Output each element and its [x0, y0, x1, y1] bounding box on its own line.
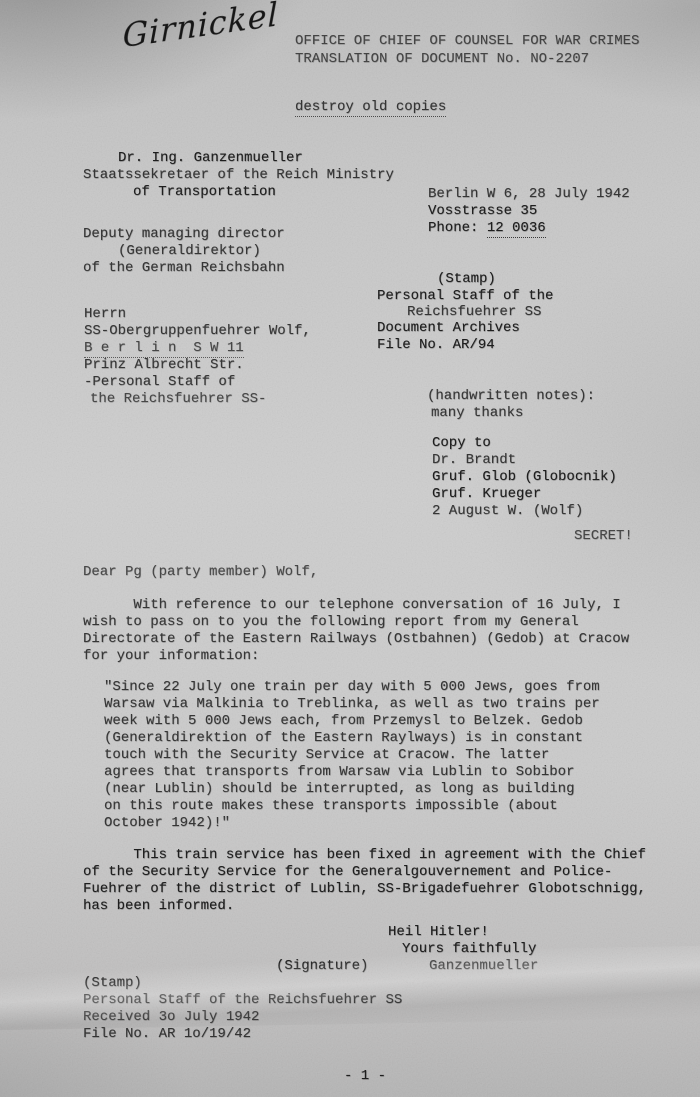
closing-salute: Heil Hitler!	[388, 924, 489, 941]
copy-to-item: Gruf. Glob (Globocnik)	[432, 469, 617, 486]
quote-line: on this route makes these transports imp…	[104, 798, 558, 815]
handwritten-notes-label: (handwritten notes):	[427, 388, 595, 405]
copy-to-item: 2 August W. (Wolf)	[432, 503, 583, 520]
phone-label: Phone:	[428, 220, 487, 236]
body-line: This train service has been fixed in agr…	[83, 847, 646, 864]
sender-name: Dr. Ing. Ganzenmueller	[118, 150, 303, 167]
sender-title-line2: of Transportation	[133, 184, 276, 201]
signature-name: Ganzenmueller	[429, 958, 538, 975]
stamp-top-label: (Stamp)	[437, 271, 496, 288]
body-line: With reference to our telephone conversa…	[83, 597, 621, 614]
recipient-city: B e r l i n S W 11	[84, 340, 244, 358]
scan-noise-overlay	[0, 0, 700, 1097]
recipient-line6: the Reichsfuehrer SS-	[90, 391, 266, 408]
dateline-street: Vosstrasse 35	[428, 203, 537, 220]
dateline-city-date: Berlin W 6, 28 July 1942	[428, 186, 630, 203]
closing-valediction: Yours faithfully	[402, 941, 536, 958]
recipient-line4: Prinz Albrecht Str.	[84, 357, 244, 374]
destroy-note-text: destroy old copies	[295, 99, 446, 117]
stamp-top-line4: File No. AR/94	[377, 337, 495, 354]
quote-line: "Since 22 July one train per day with 5 …	[104, 679, 600, 696]
handwritten-notes-text: many thanks	[431, 405, 523, 422]
quote-line: week with 5 000 Jews each, from Przemysl…	[104, 713, 583, 730]
quote-line: (near Lublin) should be interrupted, as …	[104, 781, 574, 798]
sender-title-line1: Staatssekretaer of the Reich Ministry	[83, 167, 394, 184]
body-line: for your information:	[83, 648, 259, 665]
recipient-line5: -Personal Staff of	[84, 374, 235, 391]
stamp-top-line1: Personal Staff of the	[377, 288, 553, 305]
stamp-bottom-line2: Received 3o July 1942	[83, 1009, 259, 1026]
recipient-line3: B e r l i n S W 11	[84, 340, 244, 357]
stamp-top-line3: Document Archives	[377, 320, 520, 337]
stamp-bottom-line3: File No. AR 1o/19/42	[83, 1026, 251, 1043]
body-line: wish to pass on to you the following rep…	[83, 614, 579, 631]
stamp-bottom-line1: Personal Staff of the Reichsfuehrer SS	[83, 992, 402, 1009]
quote-line: (Generaldirektion of the Eastern Raylway…	[104, 730, 583, 747]
quote-line: Warsaw via Malkinia to Treblinka, as wel…	[104, 696, 600, 713]
translation-number-line: TRANSLATION OF DOCUMENT No. NO-2207	[295, 51, 589, 68]
body-line: Directorate of the Eastern Railways (Ost…	[83, 631, 629, 648]
destroy-note: destroy old copies	[295, 99, 446, 116]
sender-role-line2: (Generaldirektor)	[118, 243, 261, 260]
handwritten-signature-top: Girnickel	[123, 0, 279, 55]
office-title-line: OFFICE OF CHIEF OF COUNSEL FOR WAR CRIME…	[295, 33, 639, 50]
copy-to-item: Gruf. Krueger	[432, 486, 541, 503]
sender-role-line1: Deputy managing director	[83, 226, 285, 243]
body-line: Fuehrer of the district of Lublin, SS-Br…	[83, 881, 646, 898]
copy-to-item: Dr. Brandt	[432, 452, 516, 469]
phone-number: 12 0036	[487, 220, 546, 238]
stamp-bottom-label: (Stamp)	[83, 975, 142, 992]
stamp-top-line2: Reichsfuehrer SS	[407, 304, 541, 321]
copy-to-title: Copy to	[432, 435, 491, 452]
classification-stamp: SECRET!	[574, 528, 633, 545]
dateline-phone: Phone: 12 0036	[428, 220, 546, 237]
recipient-line1: Herrn	[84, 306, 126, 323]
recipient-line2: SS-Obergruppenfuehrer Wolf,	[84, 323, 311, 340]
quote-line: October 1942)!"	[104, 815, 230, 832]
body-line: of the Security Service for the Generalg…	[83, 864, 612, 881]
quote-line: agrees that transports from Warsaw via L…	[104, 764, 574, 781]
scanned-document-page: Girnickel OFFICE OF CHIEF OF COUNSEL FOR…	[0, 0, 700, 1097]
quote-line: touch with the Security Service at Craco…	[104, 747, 549, 764]
body-line: has been informed.	[83, 898, 234, 915]
page-number: - 1 -	[344, 1068, 386, 1085]
salutation: Dear Pg (party member) Wolf,	[83, 564, 318, 581]
signature-label: (Signature)	[276, 958, 368, 975]
sender-role-line3: of the German Reichsbahn	[83, 260, 285, 277]
